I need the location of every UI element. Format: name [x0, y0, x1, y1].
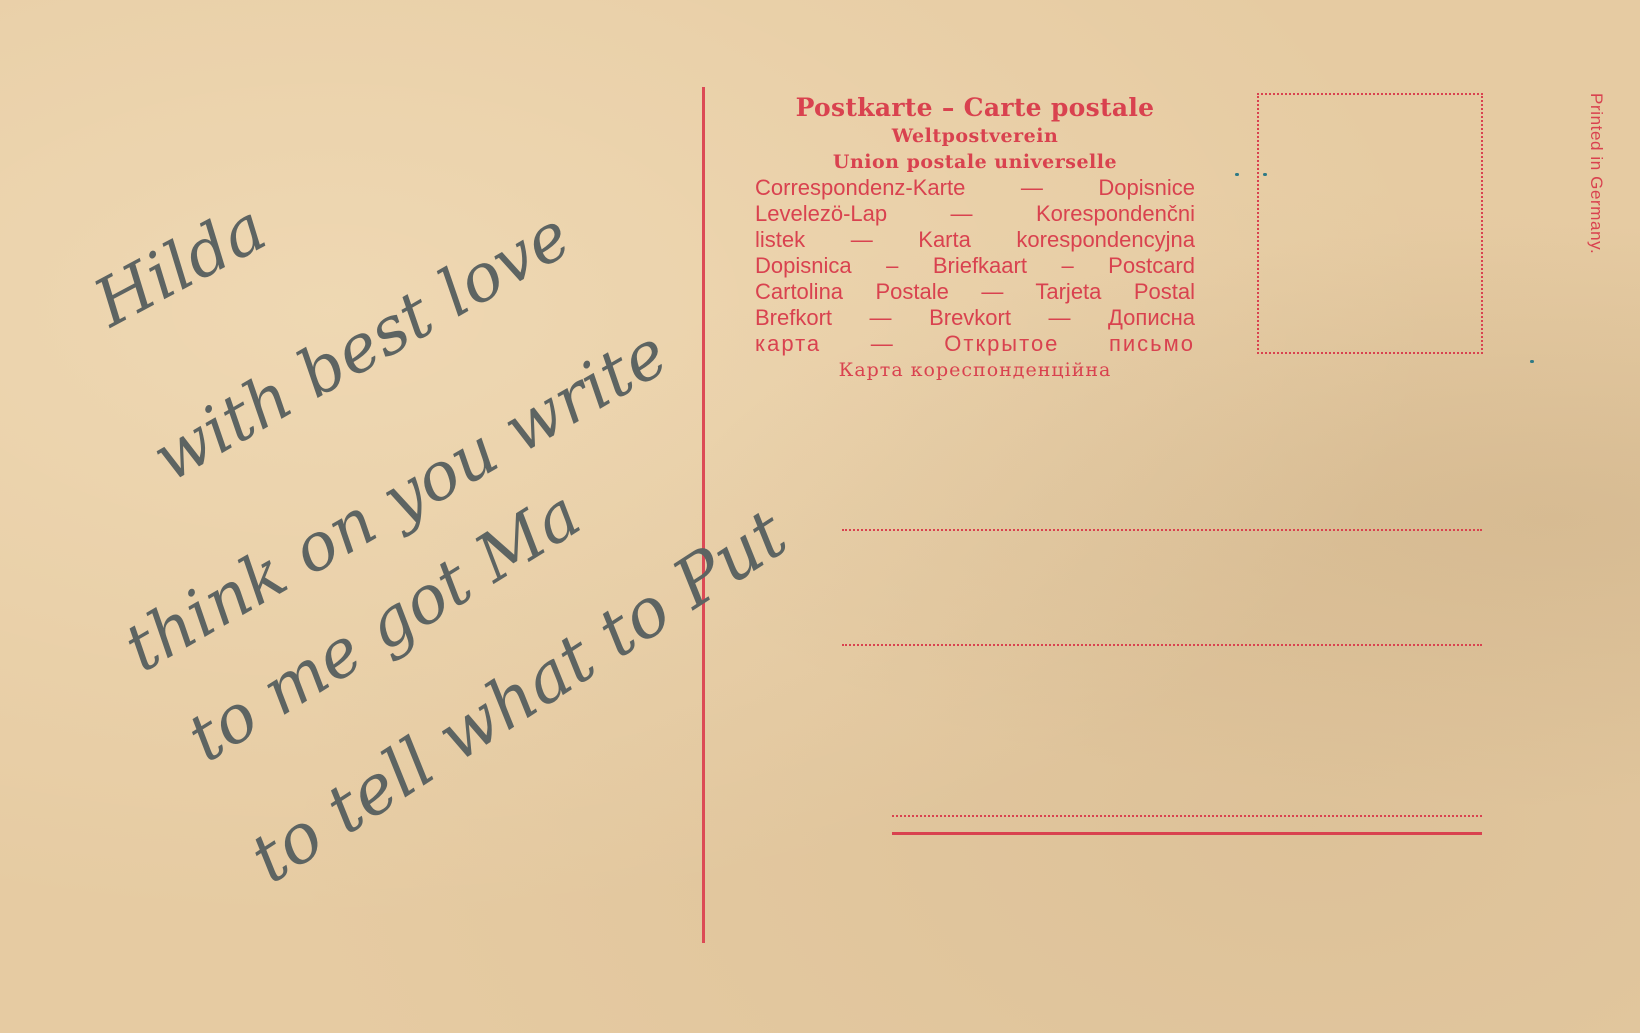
language-line: карта — Открытое письмо — [755, 331, 1195, 357]
ink-speck — [1235, 173, 1239, 176]
handwriting-line: to me got Ma — [174, 475, 593, 777]
language-line: listek — Karta korespondencyjna — [755, 227, 1195, 253]
address-underline — [892, 832, 1482, 835]
address-line-2 — [842, 644, 1482, 646]
message-address-divider — [702, 87, 705, 943]
language-line: Карта кореспонденційна — [755, 357, 1195, 383]
ink-speck — [1530, 360, 1534, 363]
printed-in-germany-imprint: Printed in Germany. — [1586, 93, 1606, 254]
handwriting-line: with best love — [140, 197, 583, 497]
ink-speck — [1263, 173, 1267, 176]
postcard-heading: Postkarte – Carte postale Weltpostverein… — [755, 92, 1195, 383]
heading-title: Postkarte – Carte postale — [755, 92, 1195, 123]
stamp-box — [1257, 93, 1483, 354]
address-line-3 — [892, 815, 1482, 817]
handwriting-line: to tell what to Put — [237, 495, 801, 899]
language-line: Cartolina Postale — Tarjeta Postal — [755, 279, 1195, 305]
address-line-1 — [842, 529, 1482, 531]
language-line: Dopisnica – Briefkaart – Postcard — [755, 253, 1195, 279]
heading-subtitle-union: Union postale universelle — [755, 149, 1195, 175]
language-line: Correspondenz-Karte — Dopisnice — [755, 175, 1195, 201]
postcard-back: Postkarte – Carte postale Weltpostverein… — [0, 0, 1640, 1033]
handwriting-line: Hilda — [82, 189, 278, 342]
heading-subtitle-weltpostverein: Weltpostverein — [755, 123, 1195, 149]
language-line: Levelezö-Lap — Korespondenčni — [755, 201, 1195, 227]
language-line: Brefkort — Brevkort — Дописна — [755, 305, 1195, 331]
handwriting-line: think on you write — [112, 314, 681, 687]
